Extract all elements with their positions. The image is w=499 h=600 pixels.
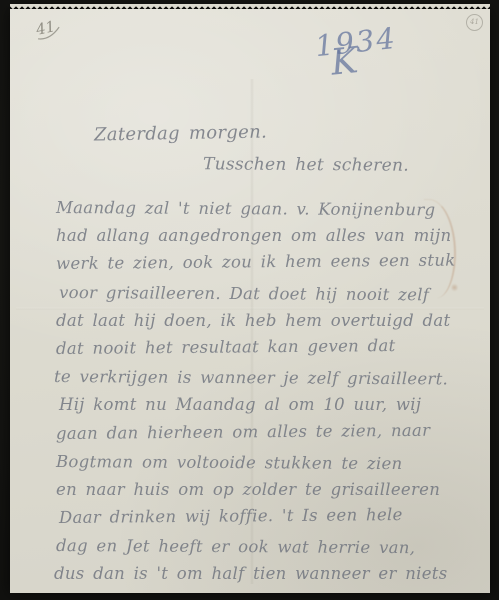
letter-line: dus dan is 't om half tien wanneer er ni… — [54, 560, 480, 588]
scan-background: 41 41 1934 K Zaterdag morgen. Tusschen h… — [0, 0, 499, 600]
letter-line: gaan dan hierheen om alles te zien, naar — [56, 416, 480, 448]
letter-line: dat laat hij doen, ik heb hem overtuigd … — [56, 307, 480, 335]
letter-body: Maandag zal 't niet gaan. v. Konijnenbur… — [56, 194, 480, 589]
letter-line: werk te zien, ook zou ik hem eens een st… — [56, 247, 480, 279]
year-annotation: 1934 K — [313, 21, 400, 83]
letter-line: te verkrijgen is wanneer je zelf grisail… — [54, 363, 480, 394]
letter-line: dat nooit het resultaat kan geven dat — [56, 331, 480, 363]
letter-line: Bogtman om voltooide stukken te zien — [56, 448, 480, 479]
letter-line: voor grisailleeren. Dat doet hij nooit z… — [59, 279, 480, 310]
archive-number-pencil: 41 — [34, 17, 56, 39]
letter-line: dag en Jet heeft er ook wat herrie van, — [56, 532, 480, 563]
letter-line: en naar huis om op zolder te grisailleer… — [56, 476, 480, 504]
letter-dateline: Zaterdag morgen. — [94, 121, 267, 145]
letter-subline: Tusschen het scheren. — [203, 154, 409, 175]
corner-stamp-text: 41 — [470, 18, 479, 26]
letter-paper: 41 41 1934 K Zaterdag morgen. Tusschen h… — [10, 9, 490, 593]
letter-line: Daar drinken wij koffie. 't Is een hele — [59, 500, 480, 532]
corner-stamp: 41 — [466, 14, 483, 31]
letter-line: Hij komt nu Maandag al om 10 uur, wij — [59, 391, 480, 419]
letter-line: Maandag zal 't niet gaan. v. Konijnenbur… — [56, 194, 480, 225]
perforated-edge — [10, 4, 490, 9]
